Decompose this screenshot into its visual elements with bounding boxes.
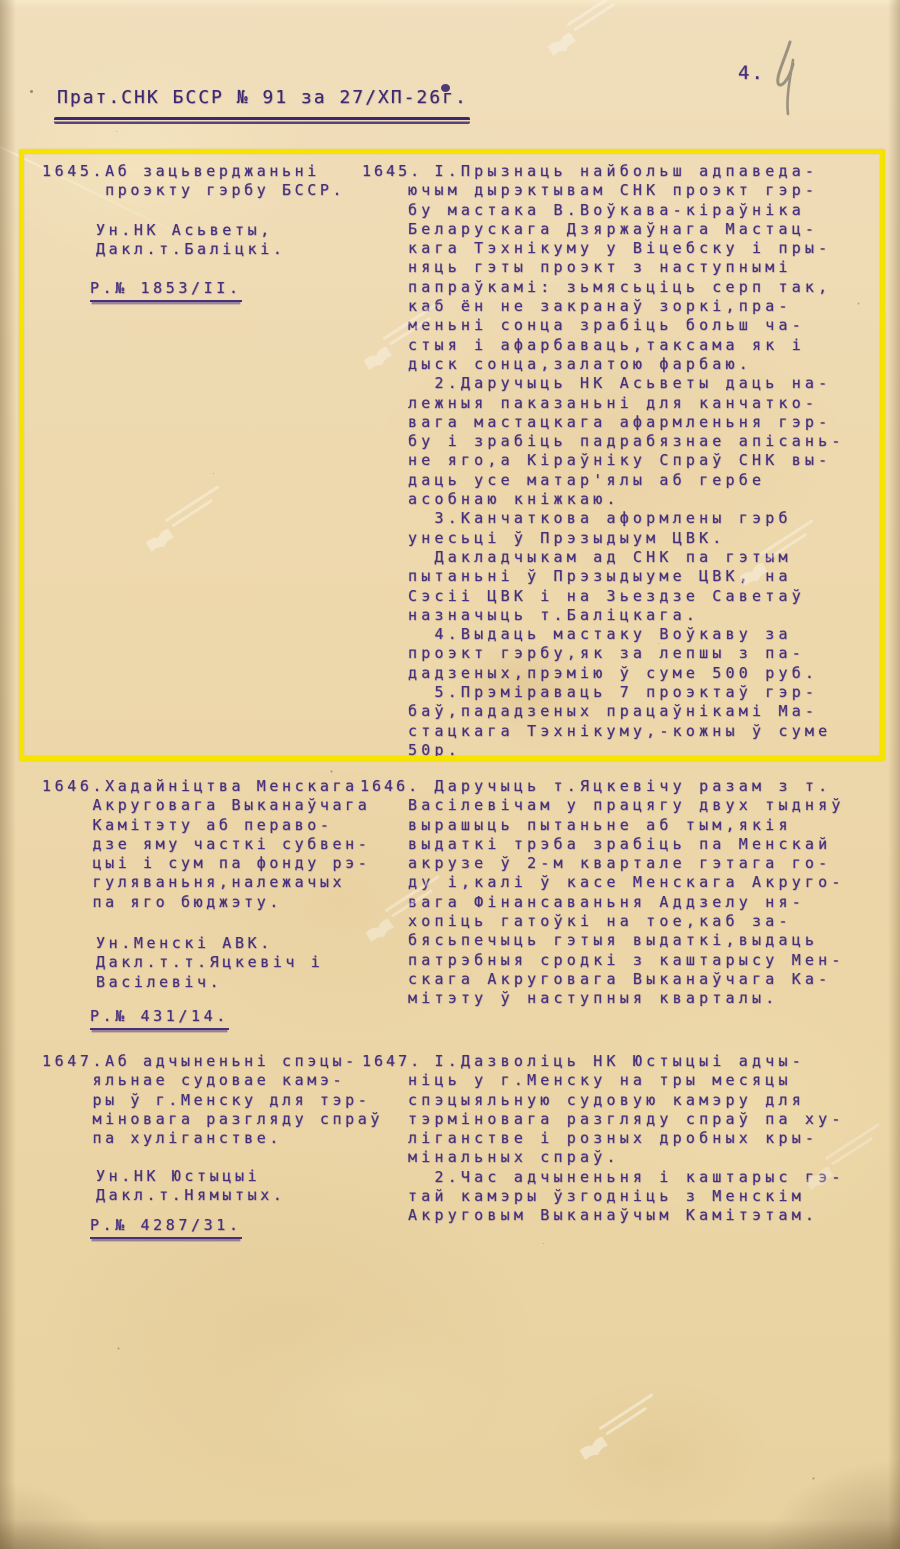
document-header-title: Прат.СНК БССР № 91 за 27/ХП-26г.	[57, 88, 468, 107]
archive-watermark-icon	[538, 0, 652, 69]
protocol-reference: Р.№ 431/14.	[90, 1007, 229, 1030]
reporting-agency: Ун.НК Асьветы, Дакл.т.Баліцкі.	[96, 221, 285, 260]
archive-watermark-icon	[136, 471, 250, 564]
handwritten-page-number	[760, 36, 806, 120]
resolution-subject: 1647.Аб адчыненьні спэцы- яльнае судовае…	[42, 1052, 383, 1148]
protocol-reference: Р.№ 1853/II.	[90, 279, 242, 302]
reporting-agency: Ун.НК Юстыцыі Дакл.т.Нямытых.	[96, 1167, 285, 1206]
protocol-reference: Р.№ 4287/31.	[90, 1216, 242, 1239]
paper-specks	[30, 90, 33, 93]
resolution-subject: 1645.Аб зацьверджаньні проэкту гэрбу БСС…	[42, 162, 345, 201]
reporting-agency: Ун.Менскі АВК. Дакл.т.т.Яцкевіч і Васіле…	[96, 934, 323, 992]
header-underline	[54, 117, 470, 124]
archive-watermark-icon	[570, 1379, 684, 1472]
ink-blot	[441, 84, 450, 92]
resolution-text: І.Прызнаць найбольш адпаведа- ючым дырэк…	[408, 162, 845, 760]
resolution-text: І.Дазволіць НК Юстыцыі адчы- ніць у г.Ме…	[408, 1052, 845, 1226]
resolution-subject: 1646.Хадайніцтва Менскага Акруговага Вык…	[42, 777, 370, 912]
scanned-document-page: Прат.СНК БССР № 91 за 27/ХП-26г. 4. 1645…	[0, 0, 900, 1549]
resolution-text: Даручыць т.Яцкевічу разам з т. Васілевіч…	[408, 777, 845, 1009]
